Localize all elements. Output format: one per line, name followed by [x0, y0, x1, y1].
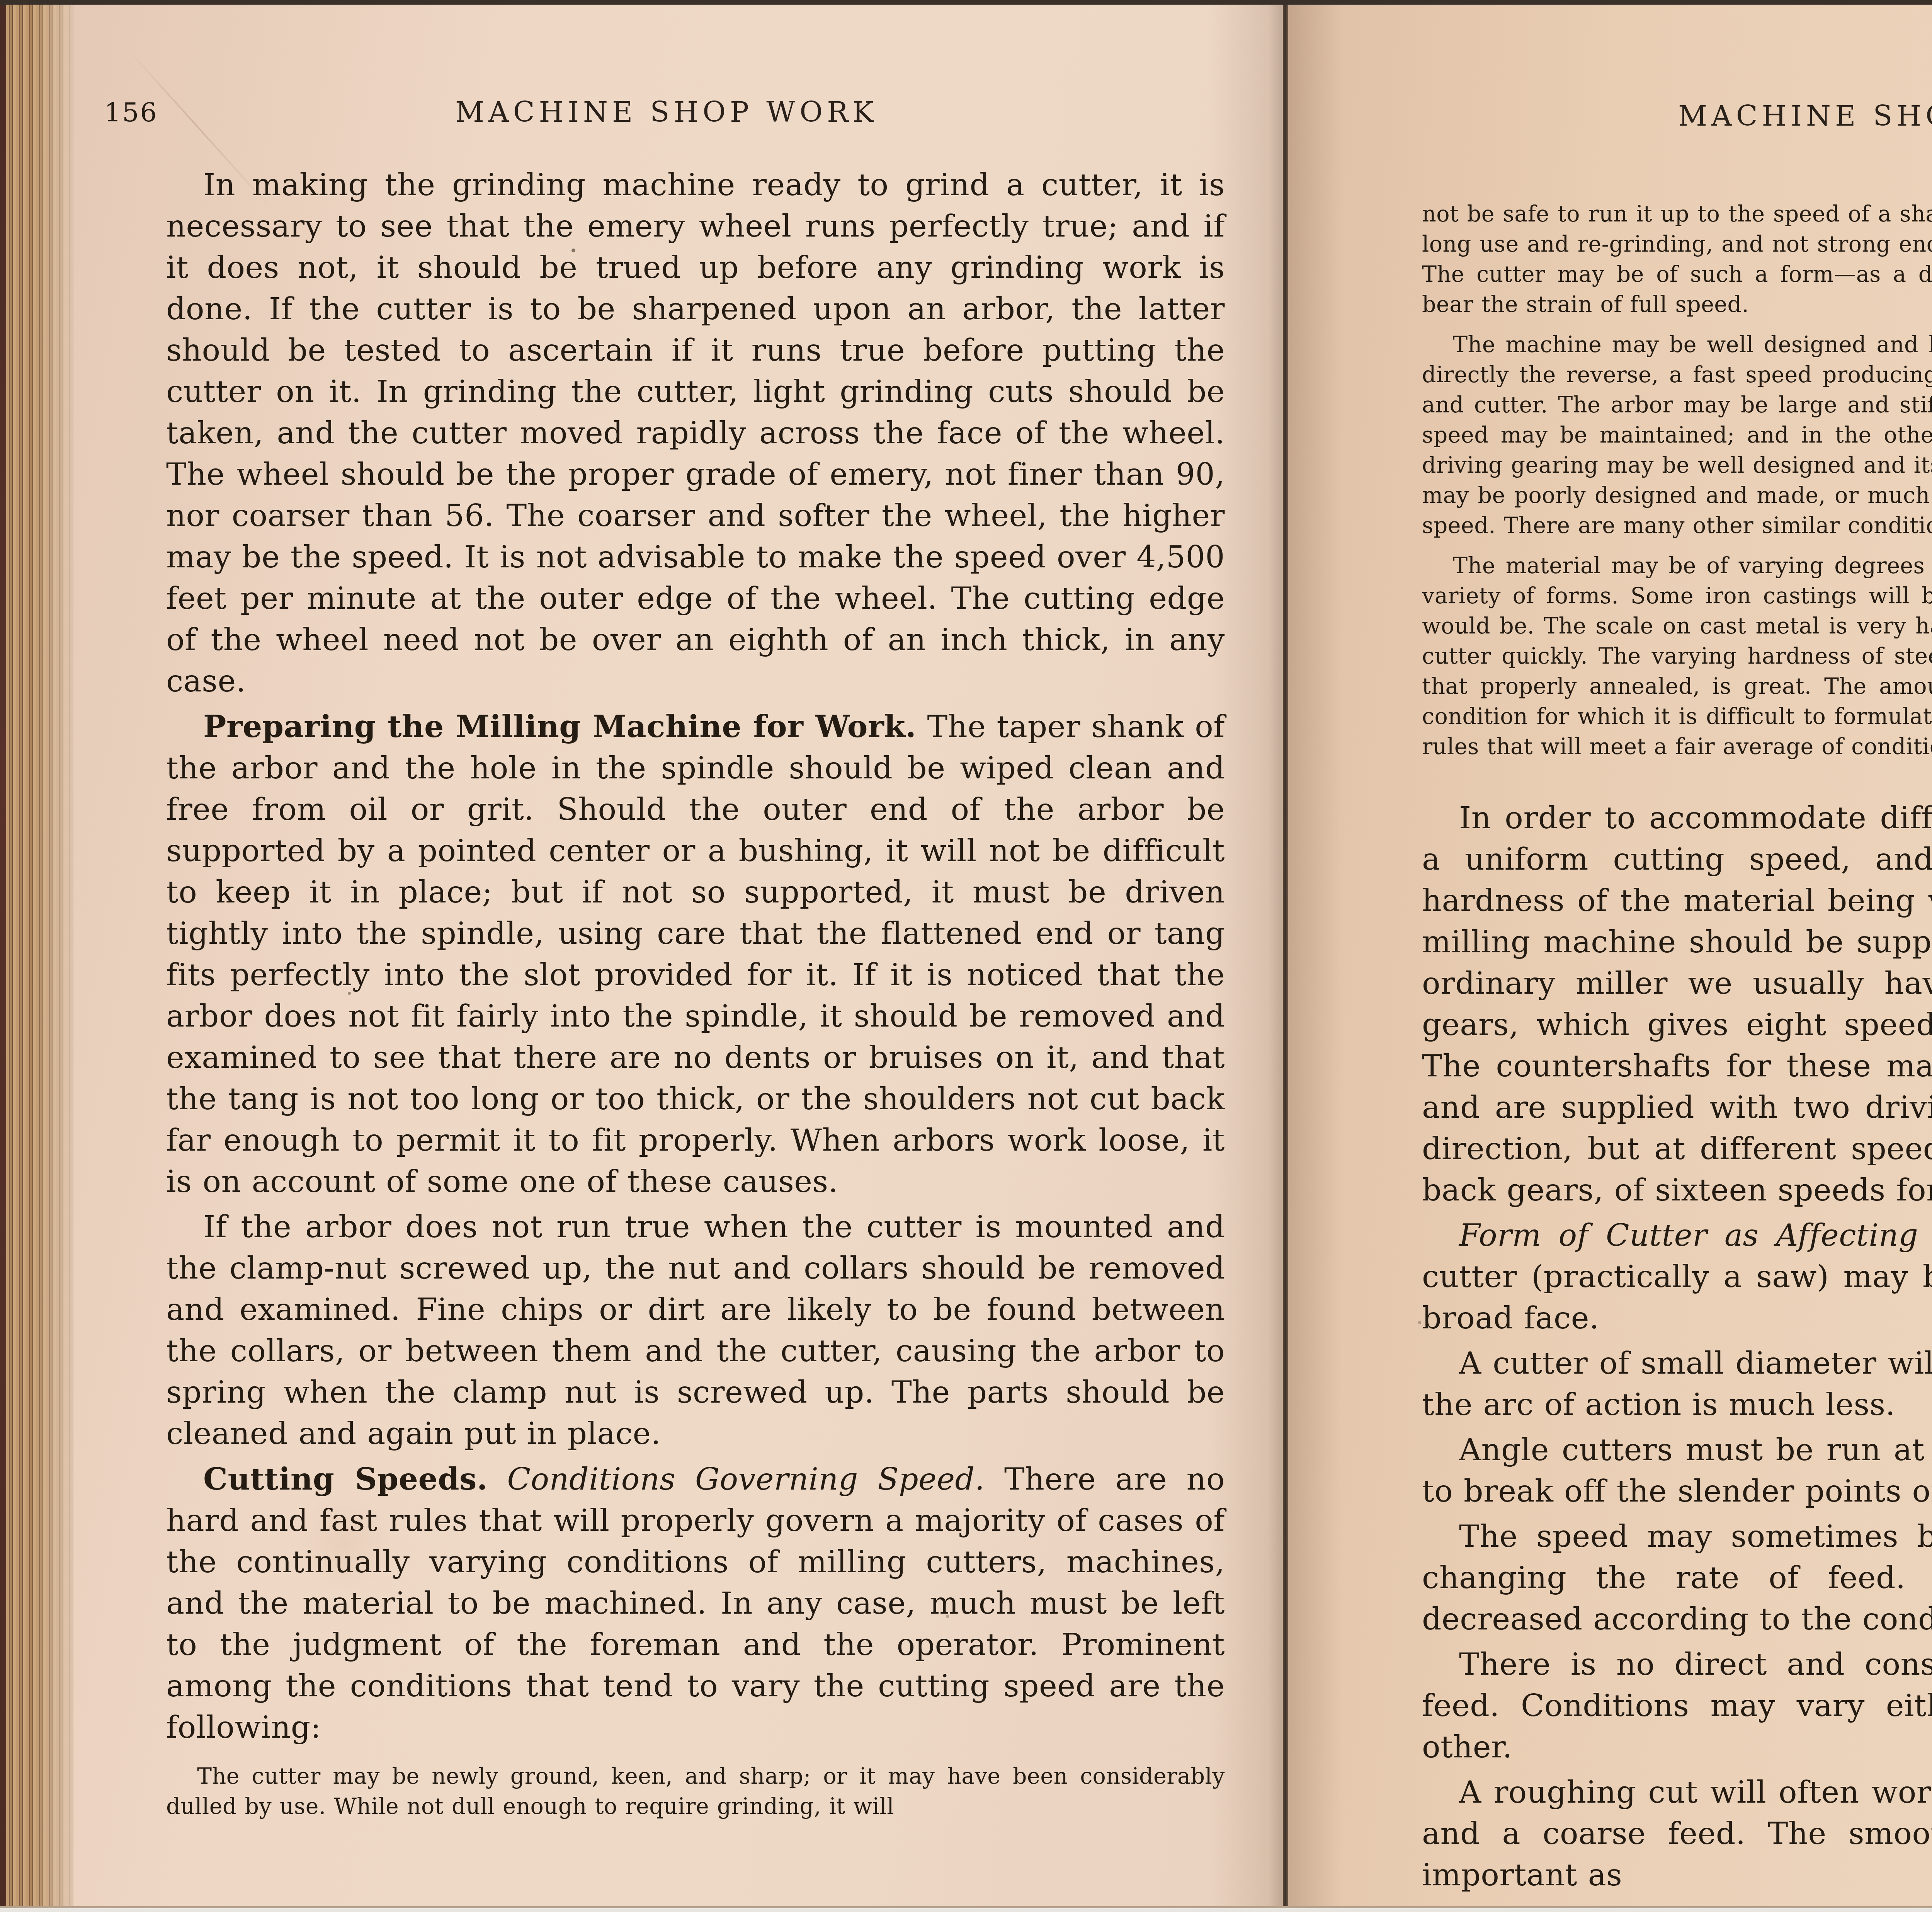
paragraph-text: The taper shank of the arbor and the hol… — [166, 709, 1225, 1199]
paragraph-text: There is no direct and constant ratio be… — [1422, 1646, 1932, 1765]
paragraph-text: Angle cutters must be run at lower relat… — [1422, 1432, 1932, 1509]
paragraph-lead-italic: Conditions Governing Speed. — [507, 1461, 985, 1497]
paragraph-text: In order to accommodate different sizes … — [1422, 800, 1932, 1208]
paragraph-text: A roughing cut will often work better wi… — [1422, 1774, 1932, 1893]
paragraph-text: The material may be of varying degrees o… — [1422, 553, 1932, 759]
paragraph: Preparing the Milling Machine for Work. … — [166, 706, 1225, 1202]
paragraph-text: The cutter may be newly ground, keen, an… — [166, 1764, 1225, 1819]
paragraph: A cutter of small diameter will cut fast… — [1422, 1343, 1932, 1425]
paragraph: A roughing cut will often work better wi… — [1422, 1772, 1932, 1896]
book-scan: 156 MACHINE SHOP WORK In making the grin… — [0, 0, 1932, 1912]
paragraph: Form of Cutter as Affecting Its Speed an… — [1422, 1215, 1932, 1339]
left-page-text-column: In making the grinding machine ready to … — [166, 164, 1225, 1832]
right-page: MACHINE SHOP WORK 157 not be safe to run… — [1288, 0, 1932, 1906]
paragraph: The cutter may be newly ground, keen, an… — [166, 1761, 1225, 1822]
paragraph: Angle cutters must be run at lower relat… — [1422, 1429, 1932, 1512]
paragraph-text: There are no hard and fast rules that wi… — [166, 1461, 1225, 1745]
left-page: 156 MACHINE SHOP WORK In making the grin… — [73, 0, 1284, 1906]
book-gutter — [1283, 0, 1288, 1906]
book-spread: 156 MACHINE SHOP WORK In making the grin… — [0, 0, 1932, 1908]
running-title-right: MACHINE SHOP WORK — [1383, 100, 1932, 133]
scan-edge-top — [0, 0, 1932, 5]
paragraph-text: The machine may be well designed and bui… — [1422, 332, 1932, 538]
paragraph: not be safe to run it up to the speed of… — [1422, 199, 1932, 320]
paragraph-text: If the arbor does not run true when the … — [166, 1209, 1225, 1451]
paragraph-lead-italic: Form of Cutter as Affecting Its Speed an… — [1459, 1217, 1932, 1253]
running-title-left: MACHINE SHOP WORK — [137, 96, 1196, 129]
paragraph: The material may be of varying degrees o… — [1422, 551, 1932, 762]
paragraph: The machine may be well designed and bui… — [1422, 330, 1932, 541]
right-page-text-column: not be safe to run it up to the speed of… — [1422, 199, 1932, 1900]
paragraph: There is no direct and constant ratio be… — [1422, 1644, 1932, 1768]
paragraph-text: The speed may sometimes be profitably in… — [1422, 1519, 1932, 1637]
paragraph-text: A cutter of small diameter will cut fast… — [1422, 1345, 1932, 1422]
paragraph: In order to accommodate different sizes … — [1422, 797, 1932, 1211]
paragraph: If the arbor does not run true when the … — [166, 1206, 1225, 1454]
page-edges-left — [6, 0, 83, 1906]
paragraph: Cutting Speeds. Conditions Governing Spe… — [166, 1458, 1225, 1748]
paragraph: In making the grinding machine ready to … — [166, 164, 1225, 702]
paragraph-lead-bold: Preparing the Milling Machine for Work. — [203, 708, 916, 744]
gutter-shadow — [1209, 0, 1283, 1906]
paragraph-lead-bold: Cutting Speeds. — [203, 1461, 488, 1497]
paragraph: The speed may sometimes be profitably in… — [1422, 1516, 1932, 1640]
book-cover-edge — [0, 0, 6, 1906]
paragraph-text: not be safe to run it up to the speed of… — [1422, 201, 1932, 317]
gutter-shadow — [1288, 0, 1342, 1906]
paragraph-text: In making the grinding machine ready to … — [166, 167, 1225, 699]
